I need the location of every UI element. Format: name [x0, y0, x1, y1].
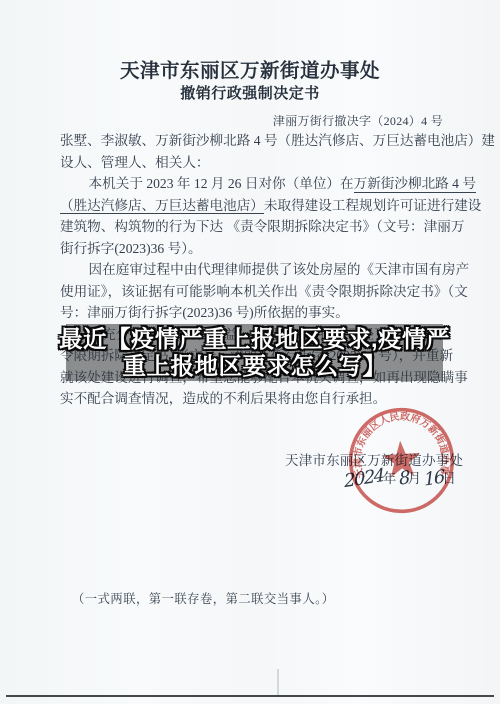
- body-text-run: 张墅、李淑敏、万新街沙柳北路 4 号（胜达汽修店、万巨达蓄电池店）建: [60, 133, 495, 148]
- body-line-7: 因在庭审过程中由代理律师提供了该处房屋的《天津市国有房产: [60, 259, 446, 281]
- body-line-8: 使用证》，该证据有可能影响本机关作出《责令限期拆除决定书》（文: [60, 281, 446, 303]
- scanned-document-page: 天津市东丽区万新街道办事处 撤销行政强制决定书 津丽万街行撤决字（2024）4 …: [0, 0, 500, 704]
- seal-ring-text: 天津市东丽区人民政府万新街道办事处: [343, 402, 453, 484]
- official-seal-stamp: 天津市东丽区人民政府万新街道办事处: [343, 402, 459, 518]
- body-line-3: 本机关于 2023 年 12 月 26 日对你（单位）在万新街沙柳北路 4 号: [60, 173, 446, 195]
- org-title: 天津市东丽区万新街道办事处: [0, 55, 500, 83]
- body-text-run: 未取得建设工程规划许可证进行建设: [264, 198, 482, 213]
- caption-banner: 最近【疫情严重上报地区要求,疫情严 重上报地区要求怎么写】: [66, 324, 443, 381]
- underlined-address: （胜达汽修店、万巨达蓄电池店）: [60, 198, 264, 215]
- doc-number: 津丽万街行撤决字（2024）4 号: [273, 112, 443, 129]
- caption-line-1: 最近【疫情严重上报地区要求,疫情严: [59, 326, 450, 353]
- body-text-run: 因在庭审过程中由代理律师提供了该处房屋的《天津市国有房产: [89, 262, 470, 277]
- doc-title: 撤销行政强制决定书: [0, 82, 500, 103]
- body-text-run: 号：津丽万街行拆字(2023)36 号)所依据的事实。: [60, 305, 349, 320]
- body-line-6: 街行拆字(2023)36 号）。: [60, 238, 446, 260]
- body-text-run: 街行拆字(2023)36 号）。: [60, 241, 202, 256]
- body-line-2: 设人、管理人、相关人：: [60, 152, 446, 174]
- body-line-9: 号：津丽万街行拆字(2023)36 号)所依据的事实。: [60, 302, 446, 324]
- body-text-run: 使用证》，该证据有可能影响本机关作出《责令限期拆除决定书》（文: [60, 284, 468, 299]
- copies-note: （一式两联，第一联存卷，第二联交当事人。）: [72, 589, 335, 607]
- body-text-run: 实不配合调查情况，造成的不利后果将由您自行承担。: [60, 391, 386, 406]
- body-line-5: 建筑物、构筑物的行为下达 《责令限期拆除决定书》（文号：津丽万: [60, 216, 446, 238]
- body-line-4: （胜达汽修店、万巨达蓄电池店）未取得建设工程规划许可证进行建设: [60, 195, 446, 217]
- svg-text:天津市东丽区人民政府万新街道办事处: 天津市东丽区人民政府万新街道办事处: [343, 402, 453, 484]
- body-line-1: 张墅、李淑敏、万新街沙柳北路 4 号（胜达汽修店、万巨达蓄电池店）建: [60, 130, 446, 152]
- body-text-run: 本机关于 2023 年 12 月 26 日对你（单位）在: [89, 176, 354, 191]
- page-edge-line: [6, 695, 494, 697]
- underlined-address: 万新街沙柳北路 4 号: [354, 176, 476, 193]
- body-text-run: 建筑物、构筑物的行为下达 《责令限期拆除决定书》（文号：津丽万: [60, 219, 464, 234]
- seal-graphic: 天津市东丽区人民政府万新街道办事处: [343, 402, 459, 518]
- caption-line-2: 重上报地区要求怎么写】: [123, 353, 387, 380]
- body-text-run: 设人、管理人、相关人：: [60, 155, 210, 170]
- scan-artifact-line: [277, 669, 279, 695]
- star-icon: [381, 439, 421, 477]
